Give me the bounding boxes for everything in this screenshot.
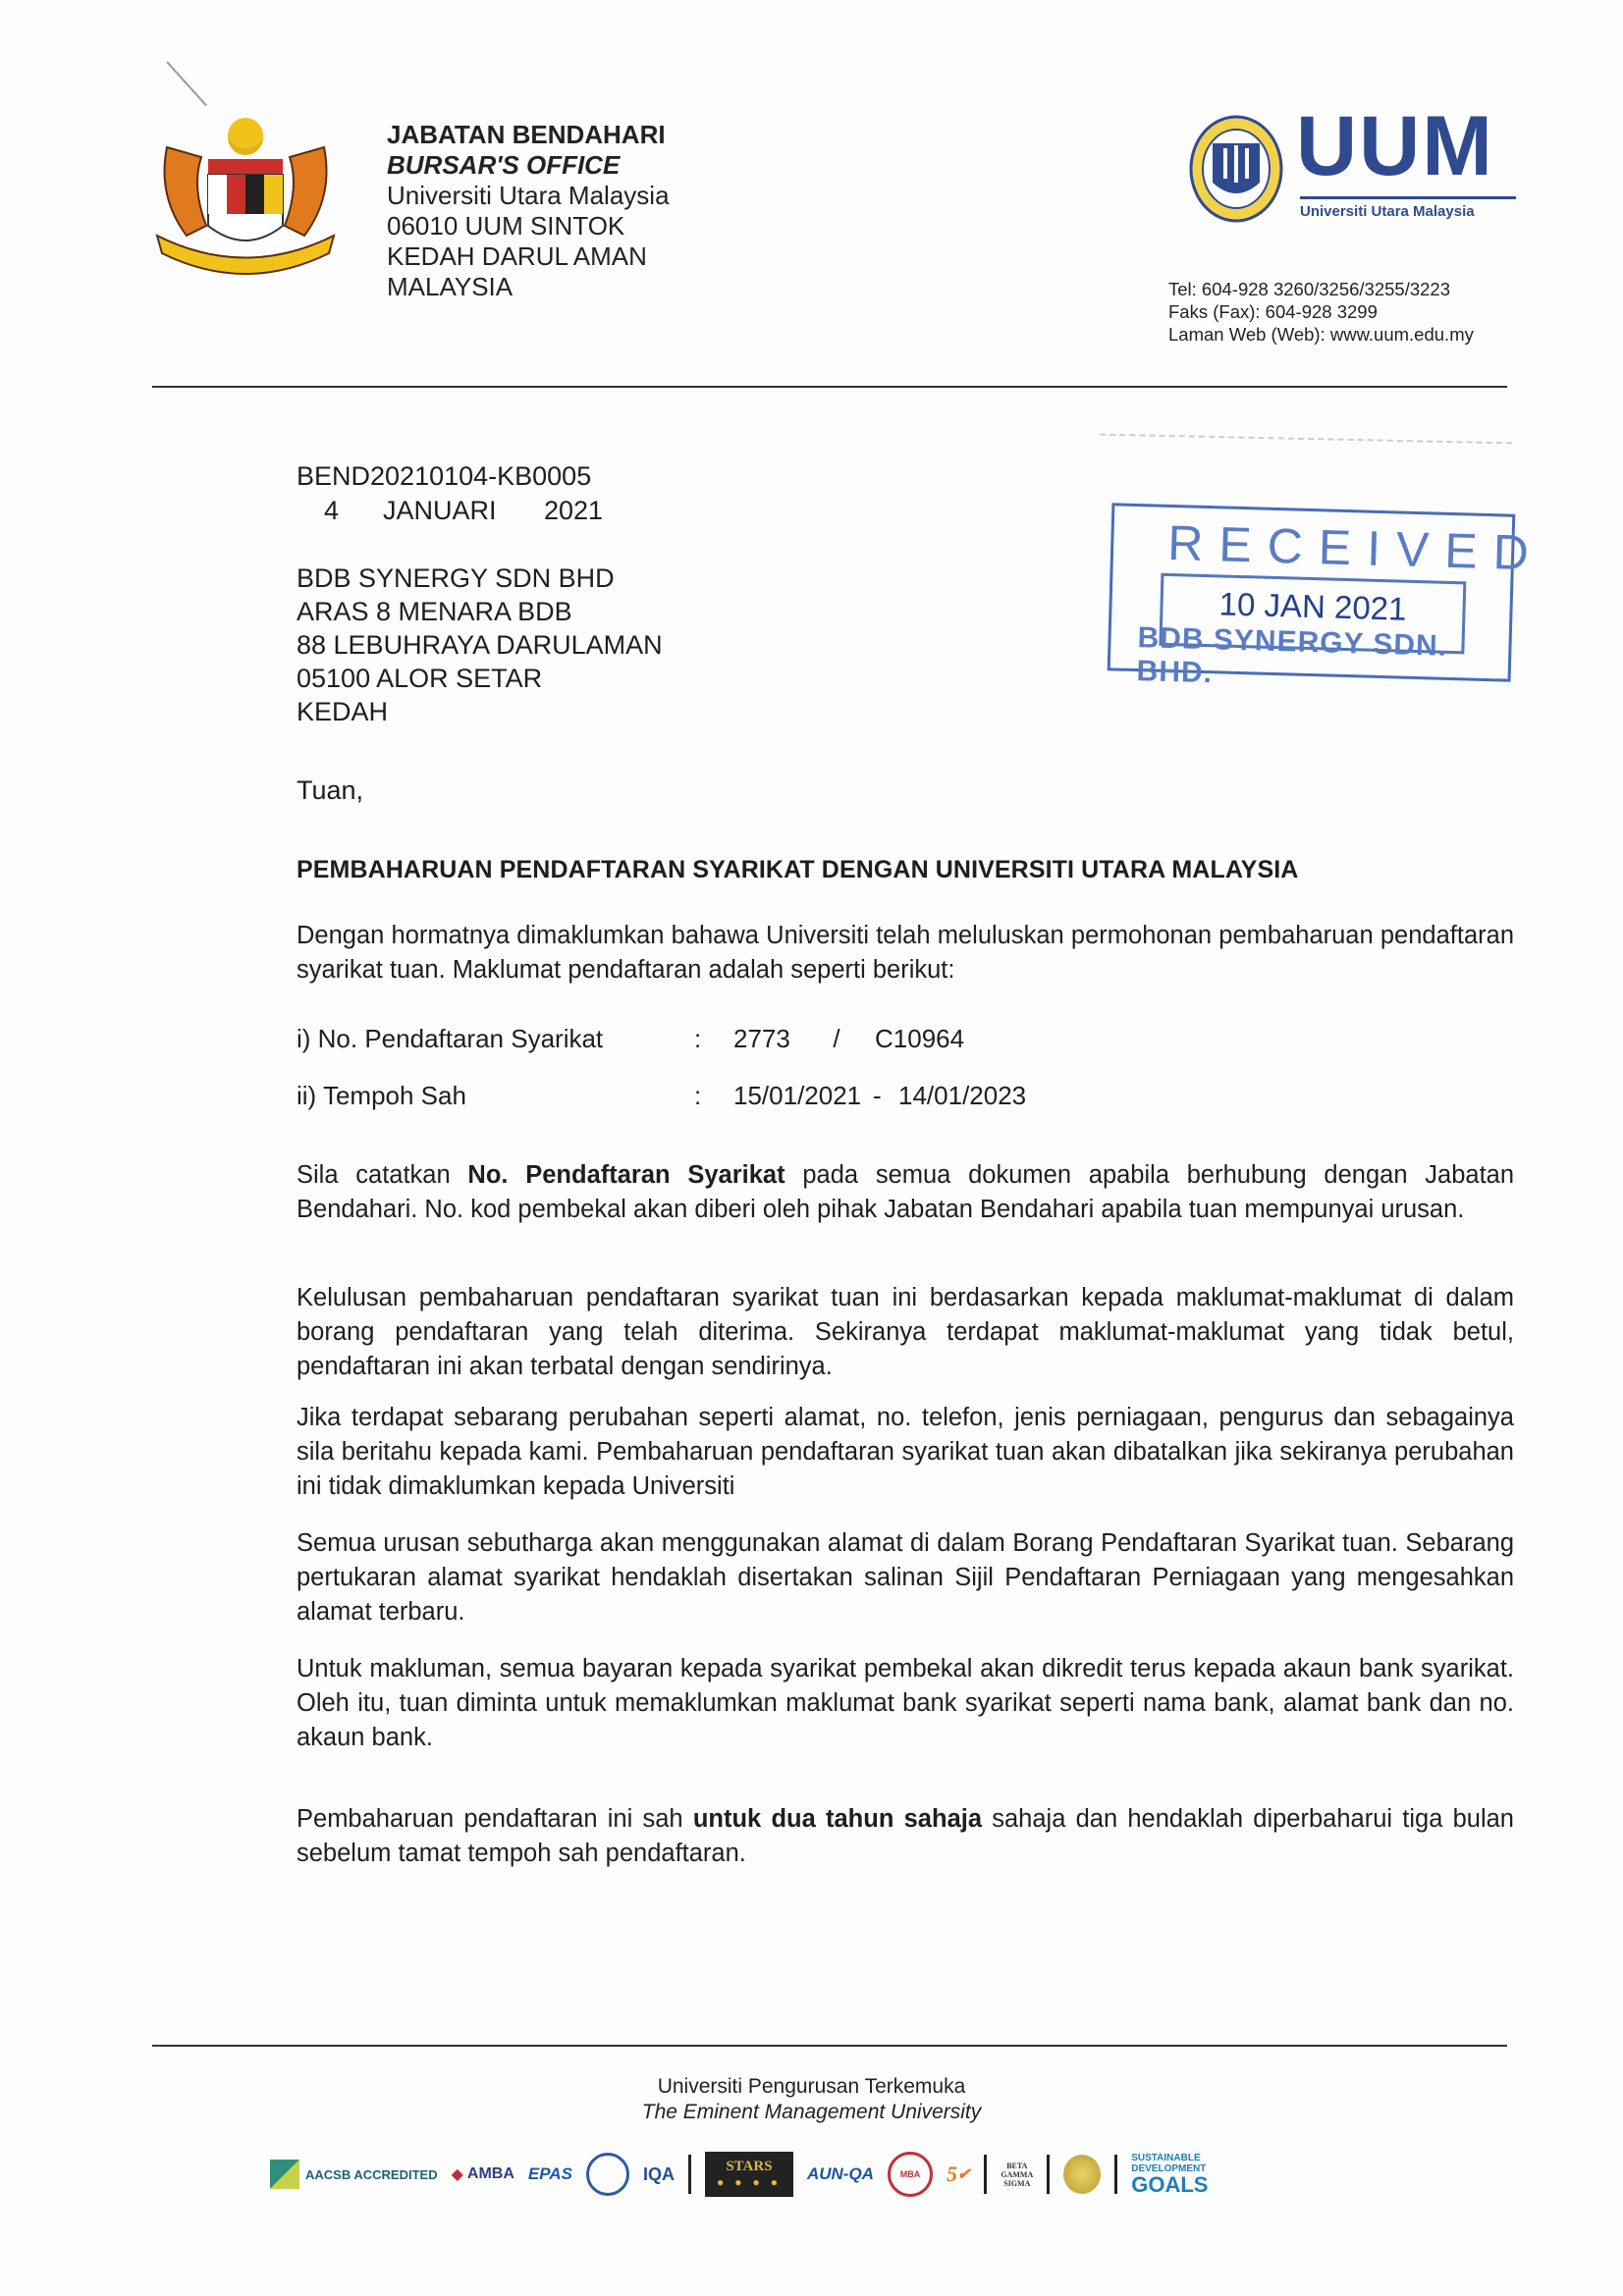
star-rating-icon: ● ● ● ● <box>717 2175 782 2190</box>
note-emphasis: No. Pendaftaran Syarikat <box>467 1161 784 1189</box>
validity-text: Pembaharuan pendaftaran ini sah <box>297 1805 693 1833</box>
five-star-badge: 5✔ <box>947 2153 970 2196</box>
epas-badge: EPAS <box>528 2153 572 2196</box>
recipient-line: BDB SYNERGY SDN BHD <box>297 561 663 595</box>
iqa-badge: IQA <box>643 2153 675 2196</box>
badge-label: SUSTAINABLE <box>1131 2153 1200 2163</box>
validity-emphasis: untuk dua tahun sahaja <box>693 1805 982 1833</box>
note-paragraph: Sila catatkan No. Pendaftaran Syarikat p… <box>297 1158 1514 1227</box>
badge-label: STARS <box>726 2159 772 2175</box>
check-icon: ✔ <box>957 2164 970 2184</box>
recipient-line: 05100 ALOR SETAR <box>297 662 663 695</box>
uum-logo-letters: UUM <box>1296 104 1494 188</box>
changes-paragraph: Jika terdapat sebarang perubahan seperti… <box>297 1401 1514 1504</box>
date-day: 4 <box>297 494 363 528</box>
validity-paragraph: Pembaharuan pendaftaran ini sah untuk du… <box>297 1802 1514 1871</box>
badge-label: IQA <box>643 2164 675 2185</box>
badge-divider <box>1114 2155 1117 2194</box>
payment-paragraph: Untuk makluman, semua bayaran kepada sya… <box>297 1652 1514 1755</box>
registration-number-row: i) No. Pendaftaran Syarikat:2773/C10964 <box>297 1024 964 1054</box>
salutation: Tuan, <box>297 775 363 806</box>
badge-label: AACSB ACCREDITED <box>305 2167 438 2182</box>
detail-colon: : <box>694 1024 733 1054</box>
telephone: Tel: 604-928 3260/3256/3255/3223 <box>1168 278 1474 300</box>
badge-divider <box>688 2155 691 2194</box>
badge-label: AMBA <box>467 2165 514 2183</box>
reference-block: BEND20210104-KB0005 4JANUARI2021 <box>297 459 603 528</box>
gold-medal-icon <box>1063 2155 1101 2194</box>
fax: Faks (Fax): 604-928 3299 <box>1168 300 1474 323</box>
detail-colon: : <box>694 1081 733 1111</box>
letter-subject: PEMBAHARUAN PENDAFTARAN SYARIKAT DENGAN … <box>297 856 1298 884</box>
sender-block: JABATAN BENDAHARI BURSAR'S OFFICE Univer… <box>387 120 670 302</box>
beta-gamma-sigma-badge: BETAGAMMASIGMA <box>1001 2153 1033 2196</box>
footer-tagline-english: The Eminent Management University <box>0 2101 1623 2124</box>
sender-address-line: 06010 UUM SINTOK <box>387 211 670 241</box>
footer-divider <box>152 2045 1507 2047</box>
amba-badge: ◆AMBA <box>452 2153 514 2196</box>
approval-paragraph: Kelulusan pembaharuan pendaftaran syarik… <box>297 1281 1514 1384</box>
badge-label: GOALS <box>1131 2174 1208 2196</box>
stamp-guide-line <box>1100 434 1512 445</box>
footer-tagline-malay: Universiti Pengurusan Terkemuka <box>0 2075 1623 2099</box>
sender-address-line: KEDAH DARUL AMAN <box>387 241 670 272</box>
badge-divider <box>984 2155 987 2194</box>
website: Laman Web (Web): www.uum.edu.my <box>1168 323 1474 346</box>
badge-label: BETA <box>1006 2162 1027 2170</box>
malaysia-coat-of-arms-icon <box>147 108 344 280</box>
aun-qa-badge: AUN-QA <box>807 2153 874 2196</box>
uum-logo-subtitle: Universiti Utara Malaysia <box>1300 203 1475 220</box>
laurel-seal-icon <box>586 2153 629 2196</box>
aacsb-icon <box>270 2160 299 2189</box>
date-month: JANUARI <box>363 494 536 528</box>
sdg-badge: SUSTAINABLEDEVELOPMENTGOALS <box>1131 2153 1208 2196</box>
uum-logo: UUM Universiti Utara Malaysia <box>1188 110 1517 228</box>
stars-badge: STARS● ● ● ● <box>705 2152 793 2197</box>
office-name: BURSAR'S OFFICE <box>387 150 670 181</box>
detail-label: ii) Tempoh Sah <box>297 1081 694 1111</box>
reference-number: BEND20210104-KB0005 <box>297 459 603 494</box>
received-stamp: RECEIVED 10 JAN 2021 BDB SYNERGY SDN. BH… <box>1108 503 1515 680</box>
detail-value: 14/01/2023 <box>898 1081 1026 1110</box>
aacsb-badge: AACSB ACCREDITED <box>270 2153 438 2196</box>
detail-value: C10964 <box>861 1024 964 1053</box>
badge-label: 5 <box>947 2162 957 2187</box>
recipient-line: ARAS 8 MENARA BDB <box>297 595 663 628</box>
recipient-address: BDB SYNERGY SDN BHD ARAS 8 MENARA BDB 88… <box>297 561 663 728</box>
detail-value: 15/01/2021 <box>733 1081 873 1111</box>
stamp-company: BDB SYNERGY SDN. BHD. <box>1136 621 1511 699</box>
badge-label: EPAS <box>528 2164 572 2184</box>
badge-label: MBA <box>900 2169 921 2179</box>
detail-label: i) No. Pendaftaran Syarikat <box>297 1024 694 1054</box>
intro-paragraph: Dengan hormatnya dimaklumkan bahawa Univ… <box>297 919 1514 988</box>
badge-label: SIGMA <box>1003 2179 1030 2188</box>
quotation-paragraph: Semua urusan sebutharga akan menggunakan… <box>297 1526 1514 1629</box>
stamp-title: RECEIVED <box>1167 514 1545 582</box>
scan-mark <box>166 61 207 106</box>
detail-separator: - <box>873 1081 898 1111</box>
contact-block: Tel: 604-928 3260/3256/3255/3223 Faks (F… <box>1168 278 1474 346</box>
badge-divider <box>1047 2155 1050 2194</box>
note-text: Sila catatkan <box>297 1161 467 1189</box>
recipient-line: KEDAH <box>297 695 663 728</box>
mb-seal-badge: MBA <box>888 2152 933 2197</box>
recipient-line: 88 LEBUHRAYA DARULAMAN <box>297 628 663 662</box>
accreditation-badges: AACSB ACCREDITED ◆AMBA EPAS IQA STARS● ●… <box>270 2148 1208 2201</box>
department-name: JABATAN BENDAHARI <box>387 120 670 150</box>
detail-separator: / <box>812 1024 861 1054</box>
header-divider <box>152 386 1507 388</box>
sender-address-line: MALAYSIA <box>387 272 670 302</box>
sender-address-line: Universiti Utara Malaysia <box>387 181 670 211</box>
date-year: 2021 <box>536 494 603 528</box>
logo-divider <box>1300 196 1516 199</box>
badge-label: GAMMA <box>1001 2170 1033 2179</box>
diamond-icon: ◆ <box>452 2164 463 2184</box>
letter-date: 4JANUARI2021 <box>297 494 603 528</box>
badge-label: AUN-QA <box>807 2164 874 2184</box>
validity-period-row: ii) Tempoh Sah:15/01/2021-14/01/2023 <box>297 1081 1026 1111</box>
detail-value: 2773 <box>733 1024 812 1054</box>
uum-seal-icon <box>1188 114 1284 224</box>
